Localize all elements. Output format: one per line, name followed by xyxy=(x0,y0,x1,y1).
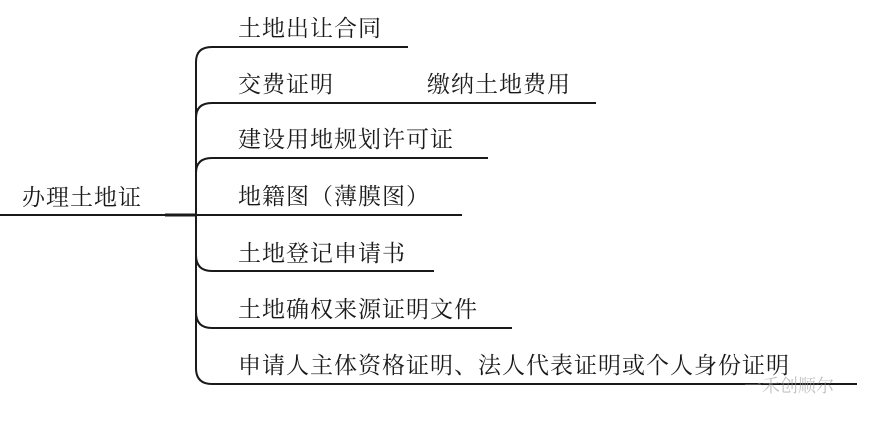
branch-payment-proof-child: 缴纳土地费用 xyxy=(427,71,571,99)
root-node: 办理土地证 xyxy=(22,184,142,212)
branch-ownership-source-docs: 土地确权来源证明文件 xyxy=(238,296,478,324)
branch-registration-application: 土地登记申请书 xyxy=(238,240,406,268)
branch-applicant-qualification: 申请人主体资格证明、法人代表证明或个人身份证明 xyxy=(238,352,790,380)
watermark: 一禾创顺尔 xyxy=(744,372,834,398)
branch-cadastral-map: 地籍图（薄膜图） xyxy=(238,183,430,211)
branch-planning-permit: 建设用地规划许可证 xyxy=(238,126,454,154)
branch-payment-proof: 交费证明 xyxy=(238,71,334,99)
branch-land-transfer-contract: 土地出让合同 xyxy=(238,15,382,43)
